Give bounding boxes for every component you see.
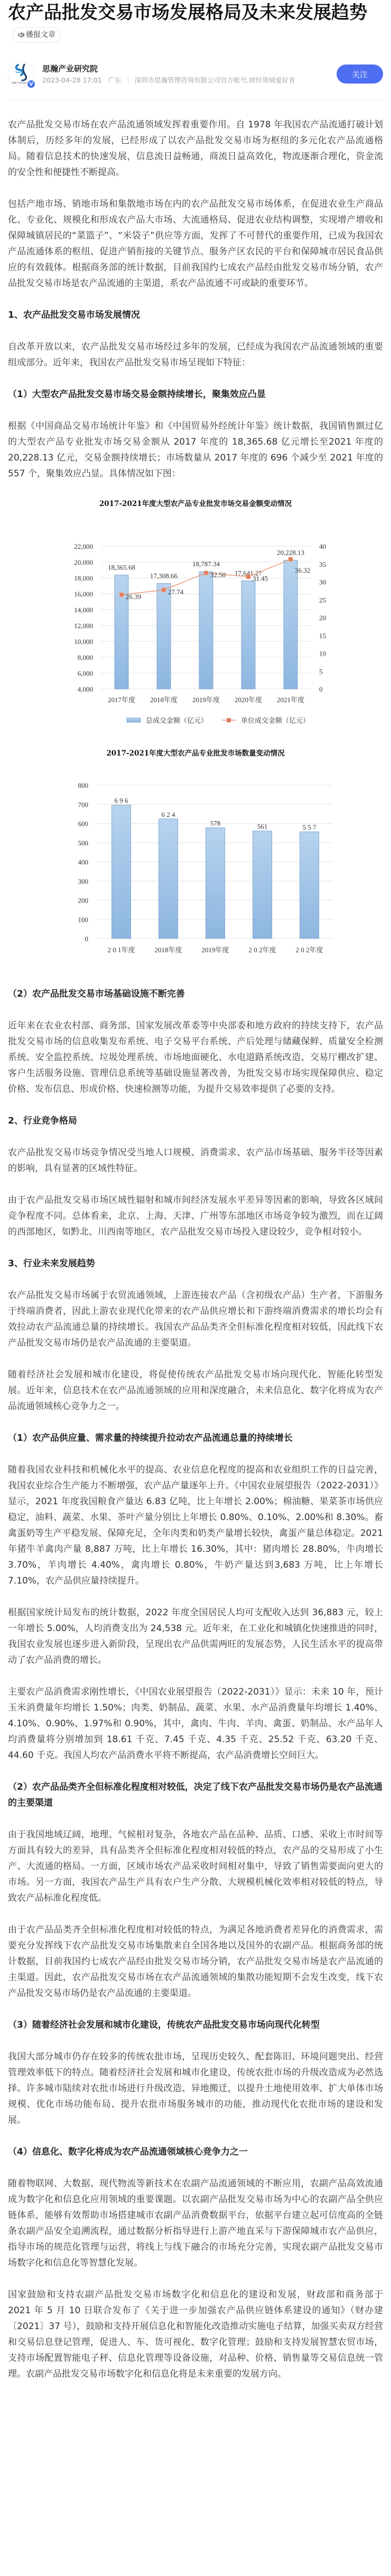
svg-text:2017年度: 2017年度 <box>108 696 135 704</box>
paragraph: 自改革开放以来，农产品批发交易市场经过多年的发展，已经成为我国农产品流通领域的重… <box>8 339 383 371</box>
svg-text:14,000: 14,000 <box>74 606 93 614</box>
svg-text:25: 25 <box>319 596 326 604</box>
verified-badge-icon: V <box>27 80 35 88</box>
svg-text:2018年度: 2018年度 <box>154 946 182 954</box>
svg-text:18,000: 18,000 <box>74 574 93 582</box>
svg-text:36.32: 36.32 <box>295 566 310 574</box>
article-page: 农产品批发交易市场发展格局及未来发展趋势 播报文章 思瀚产业研究院 V 思瀚产业… <box>0 0 391 2382</box>
article-header: 农产品批发交易市场发展格局及未来发展趋势 播报文章 <box>8 0 383 48</box>
meta-divider <box>128 77 128 83</box>
svg-text:2 0 2年度: 2 0 2年度 <box>248 946 276 954</box>
paragraph: 随着物联网、大数据、现代物流等新技术在农副产品流通领域的不断应用，农副产品高效流… <box>8 2176 383 2271</box>
svg-text:0: 0 <box>85 935 89 943</box>
svg-text:20,000: 20,000 <box>74 558 93 566</box>
article-body: 农产品批发交易市场在农产品流通领域发挥着重要作用。自 1978 年我国农产品流通… <box>8 117 383 2382</box>
section-heading: 3、行业未来发展趋势 <box>8 1256 383 1272</box>
paragraph: 由于农产品品类齐全但标准化程度相对较低的特点，为满足各地消费者差异化的消费需求，… <box>8 1922 383 2001</box>
author-bar: 思瀚产业研究院 V 思瀚产业研究院 2023-04-28 17:01 广东 深圳… <box>8 59 383 89</box>
paragraph: 我国大部分城市仍存在较多的传统农批市场，呈现历史较久、配套陈旧、环境问题突出、经… <box>8 2049 383 2128</box>
svg-text:15: 15 <box>319 632 326 640</box>
follow-button[interactable]: 关注 <box>337 65 383 84</box>
chart-title: 2017-2021年度大型农产品专业批发市场数量变动情况 <box>8 747 383 758</box>
svg-text:31.45: 31.45 <box>253 575 268 583</box>
svg-text:32.50: 32.50 <box>210 571 226 579</box>
svg-text:22,000: 22,000 <box>74 542 93 550</box>
subsection-heading: （1）大型农产品批发交易市场交易金额持续增长，聚集效应凸显 <box>8 387 383 402</box>
svg-text:4,000: 4,000 <box>78 685 93 693</box>
svg-text:27.74: 27.74 <box>168 588 184 596</box>
svg-text:700: 700 <box>78 801 89 808</box>
svg-text:18,787.34: 18,787.34 <box>192 560 220 568</box>
bar-chart: 01002003004005006007008006 9 62 0 1年度6 2… <box>48 764 343 965</box>
author-description: 深圳市思瀚管理咨询有限公司官方帐号,财经领域爱好者 <box>135 76 295 84</box>
svg-text:6 2 4: 6 2 4 <box>162 811 176 818</box>
svg-text:2018年度: 2018年度 <box>150 696 178 704</box>
header-divider <box>8 100 383 101</box>
svg-text:总成交金额（亿元）: 总成交金额（亿元） <box>146 716 208 724</box>
svg-text:单位成交金额（亿元）: 单位成交金额（亿元） <box>241 716 310 724</box>
svg-text:2020年度: 2020年度 <box>235 696 262 704</box>
broadcast-article-button[interactable]: 播报文章 <box>12 27 61 43</box>
paragraph: 根据《中国商品交易市场统计年鉴》和《中国贸易外经统计年鉴》统计数据，我国销售额过… <box>8 418 383 482</box>
publish-datetime: 2023-04-28 17:01 <box>42 76 102 84</box>
paragraph: 包括产地市场、销地市场和集散地市场在内的农产品批发交易市场体系，在促进农业生产商… <box>8 196 383 291</box>
svg-text:2 0 1年度: 2 0 1年度 <box>107 946 135 954</box>
svg-text:400: 400 <box>78 858 89 866</box>
svg-text:500: 500 <box>78 839 89 847</box>
svg-text:600: 600 <box>78 820 89 828</box>
svg-text:5: 5 <box>319 667 323 675</box>
svg-text:5 5 7: 5 5 7 <box>303 823 317 831</box>
svg-text:2019年度: 2019年度 <box>192 696 220 704</box>
combo-bar-line-chart: 4,0006,0008,00010,00012,00014,00016,0001… <box>48 514 343 726</box>
svg-text:6 9 6: 6 9 6 <box>115 797 129 805</box>
section-heading: 1、农产品批发交易市场发展情况 <box>8 307 383 323</box>
section-heading: 2、行业竞争格局 <box>8 1113 383 1129</box>
author-logo-icon <box>14 63 30 81</box>
svg-text:300: 300 <box>78 877 89 885</box>
paragraph: 随着我国农业科技和机械化水平的提高、农业信息化程度的提高和农业组织工作的日益完善… <box>8 1462 383 1589</box>
svg-text:578: 578 <box>210 819 221 827</box>
svg-text:100: 100 <box>78 916 89 924</box>
author-info: 思瀚产业研究院 2023-04-28 17:01 广东 深圳市思瀚管理咨询有限公… <box>42 63 337 85</box>
svg-text:26.39: 26.39 <box>126 593 141 601</box>
svg-text:20: 20 <box>319 614 326 622</box>
paragraph: 随着经济社会发展和城市化建设，将促使传统农产品批发交易市场向现代化、智能化转型发… <box>8 1367 383 1414</box>
subsection-heading: （3）随着经济社会发展和城市化建设，传统农产品批发交易市场向现代化转型 <box>8 2017 383 2033</box>
paragraph: 由于农产品批发交易市场区域性辐射和城市间经济发展水平差异等因素的影响，导致各区域… <box>8 1192 383 1240</box>
svg-text:2021年度: 2021年度 <box>277 696 304 704</box>
svg-text:200: 200 <box>78 897 89 905</box>
paragraph: 由于我国地域辽阔，地理、气候相对复杂，各地农产品在品种、品质、口感、采收上市时间… <box>8 1827 383 1906</box>
svg-text:35: 35 <box>319 560 326 568</box>
author-meta: 2023-04-28 17:01 广东 深圳市思瀚管理咨询有限公司官方帐号,财经… <box>42 76 337 85</box>
svg-text:8,000: 8,000 <box>78 654 93 661</box>
publish-location: 广东 <box>108 76 122 84</box>
paragraph: 国家鼓励和支持农副产品批发交易市场数字化和信息化的建设和发展，财政部和商务部于 … <box>8 2287 383 2382</box>
paragraph: 农产品批发交易市场在农产品流通领域发挥着重要作用。自 1978 年我国农产品流通… <box>8 117 383 180</box>
svg-text:10,000: 10,000 <box>74 638 93 646</box>
svg-text:30: 30 <box>319 578 326 586</box>
avatar[interactable]: 思瀚产业研究院 V <box>8 61 34 87</box>
svg-text:2019年度: 2019年度 <box>201 946 229 954</box>
svg-text:12,000: 12,000 <box>74 622 93 630</box>
chart-market-count: 2017-2021年度大型农产品专业批发市场数量变动情况 01002003004… <box>8 747 383 965</box>
subsection-heading: （2）农产品批发交易市场基础设施不断完善 <box>8 986 383 1002</box>
svg-text:18,365.68: 18,365.68 <box>108 564 135 572</box>
svg-text:6,000: 6,000 <box>78 669 93 677</box>
svg-text:17,308.66: 17,308.66 <box>150 572 178 579</box>
svg-text:16,000: 16,000 <box>74 590 93 598</box>
paragraph: 农产品批发交易市场属于农贸流通领域，上游连接农产品（含初级农产品）生产者，下游服… <box>8 1287 383 1351</box>
svg-text:20,228.13: 20,228.13 <box>277 549 304 557</box>
speaker-icon <box>17 31 25 39</box>
svg-text:10: 10 <box>319 650 326 658</box>
paragraph: 主要农产品消费需求刚性增长，《中国农业展望报告（2022-2031）》显示：未来… <box>8 1684 383 1763</box>
subsection-heading: （4）信息化、数字化将成为农产品流通领域核心竞争力之一 <box>8 2144 383 2160</box>
paragraph: 农产品批发交易市场竞争情况受当地人口规模、消费需求、农产品市场基础、服务半径等因… <box>8 1145 383 1176</box>
chart-title: 2017-2021年度大型农产品专业批发市场交易金额变动情况 <box>8 498 383 508</box>
broadcast-label: 播报文章 <box>26 23 55 47</box>
svg-text:40: 40 <box>319 542 326 550</box>
chart-transaction-amount: 2017-2021年度大型农产品专业批发市场交易金额变动情况 4,0006,00… <box>8 498 383 726</box>
avatar-caption: 思瀚产业研究院 <box>12 81 26 85</box>
author-name[interactable]: 思瀚产业研究院 <box>42 63 337 74</box>
svg-text:800: 800 <box>78 781 89 789</box>
page-title: 农产品批发交易市场发展格局及未来发展趋势 <box>8 2 367 23</box>
paragraph: 近年来在农业农村部、商务部、国家发展改革委等中央部委和地方政府的持续支持下，农产… <box>8 1018 383 1097</box>
svg-text:0: 0 <box>319 685 323 693</box>
subsection-heading: （2）农产品品类齐全但标准化程度相对较低，决定了线下农产品批发交易市场仍是农产品… <box>8 1779 383 1811</box>
subsection-heading: （1）农产品供应量、需求量的持续提升拉动农产品流通总量的持续增长 <box>8 1430 383 1446</box>
svg-text:2 0 2年度: 2 0 2年度 <box>295 946 323 954</box>
svg-text:561: 561 <box>257 823 268 831</box>
paragraph: 根据国家统计局发布的统计数据，2022 年度全国居民人均可支配收入达到 36,8… <box>8 1605 383 1668</box>
